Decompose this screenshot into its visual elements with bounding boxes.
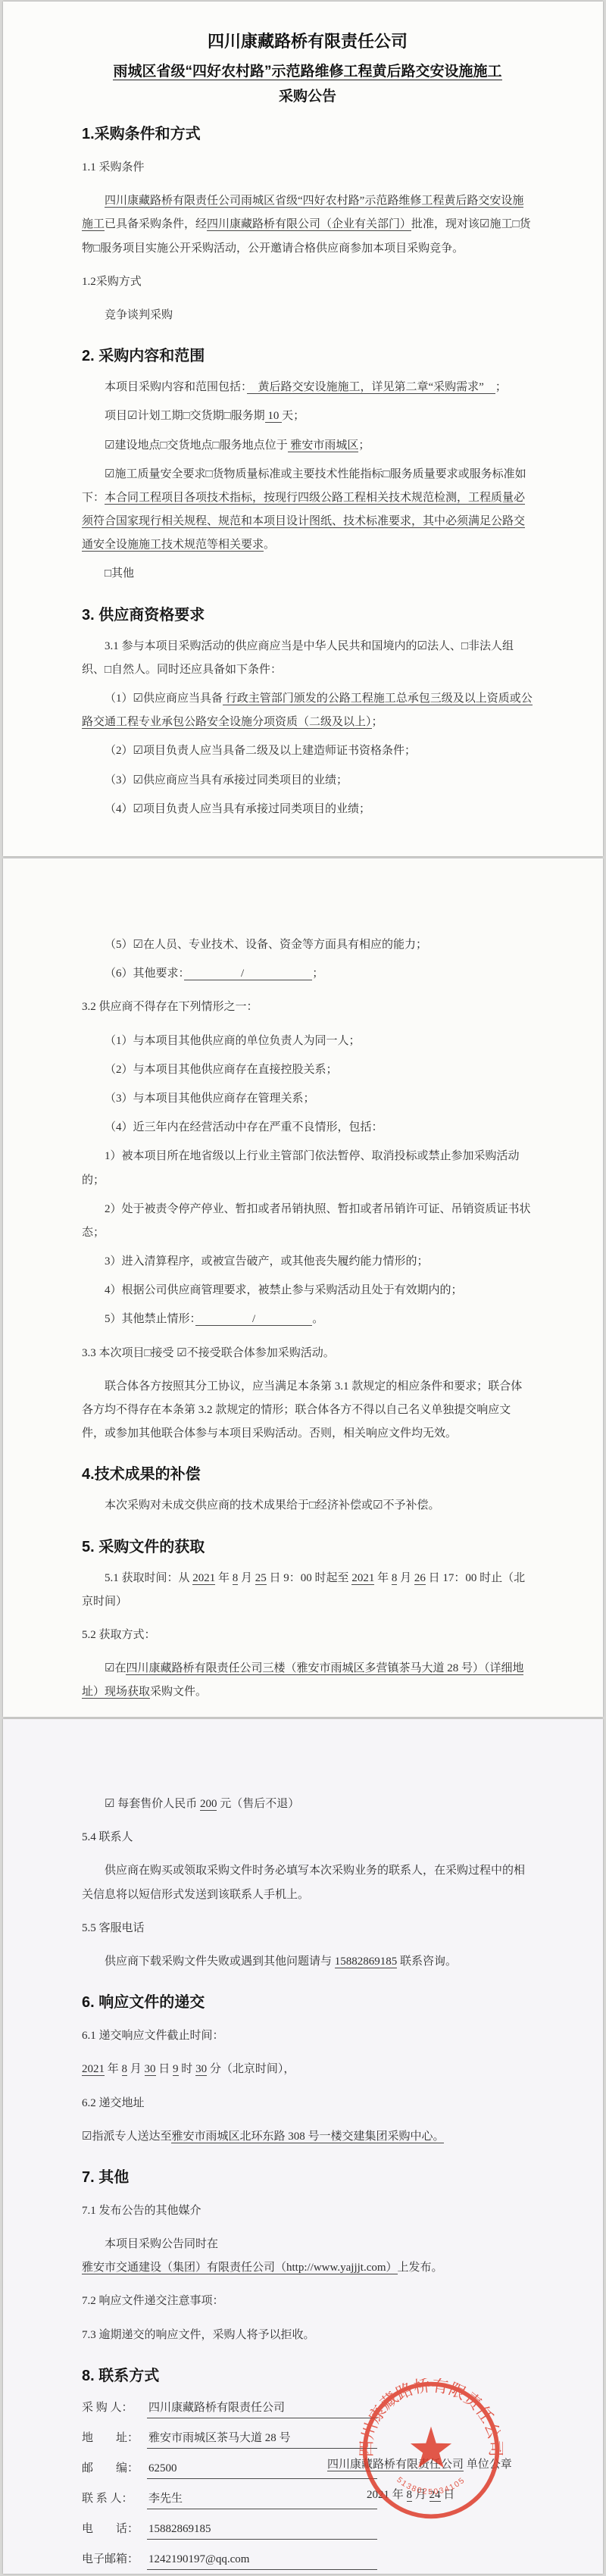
subheading-5-5: 5.5 客服电话	[82, 1917, 533, 1940]
para-qualification-6: （6）其他要求： / ；	[82, 962, 533, 986]
para-circumstance-4-5: 5）其他禁止情形： / 。	[82, 1308, 533, 1331]
heading-4-compensation: 4.技术成果的补偿	[82, 1462, 533, 1487]
para-5-1-acquisition-time: 5.1 获取时间：从 2021 年 8 月 25 日 9：00 时起至 2021…	[82, 1567, 533, 1614]
para-scope: 本项目采购内容和范围包括： 黄后路交安设施施工，详见第二章“采购需求” ；	[82, 376, 533, 399]
para-qualification-3: （3）☑供应商应当具有承接过同类项目的业绩；	[82, 769, 533, 792]
signature-line: 四川康藏路桥有限责任公司 单位公章	[327, 2456, 512, 2471]
signature-company: 四川康藏路桥有限责任公司	[327, 2459, 464, 2471]
contact-row-address: 地 址：雅安市雨城区茶马大道 28 号	[82, 2429, 533, 2449]
subheading-6-1: 6.1 递交响应文件截止时间：	[82, 2024, 533, 2048]
para-procurement-method: 竞争谈判采购	[82, 304, 533, 327]
subheading-5-3: 5.3 交纳采购文件工本费	[82, 1715, 533, 1718]
para-3-3-consortium: 3.3 本次项目□接受 ☑不接受联合体参加采购活动。	[82, 1342, 533, 1365]
para-7-2-notes: 7.2 响应文件递交注意事项：	[82, 2290, 533, 2313]
para-5-2-acquisition-method: ☑在四川康藏路桥有限责任公司三楼（雅安市雨城区多营镇茶马大道 28 号）（详细地…	[82, 1657, 533, 1704]
para-circumstance-4: （4）近三年内在经营活动中存在严重不良情形，包括：	[82, 1116, 533, 1140]
heading-2-scope: 2. 采购内容和范围	[82, 344, 533, 368]
contact-label: 电子邮箱：	[82, 2550, 147, 2568]
para-circumstance-4-3: 3）进入清算程序，或被宣告破产，或其他丧失履约能力情形的；	[82, 1250, 533, 1274]
heading-8-contact-info: 8. 联系方式	[82, 2364, 533, 2388]
contact-label: 电 话：	[82, 2520, 147, 2538]
company-title: 四川康藏路桥有限责任公司	[82, 29, 533, 52]
heading-7-other: 7. 其他	[82, 2165, 533, 2190]
subheading-5-2: 5.2 获取方式：	[82, 1624, 533, 1647]
heading-3-supplier-qualifications: 3. 供应商资格要求	[82, 603, 533, 627]
heading-6-submission: 6. 响应文件的递交	[82, 1990, 533, 2015]
doc-type-title: 采购公告	[82, 85, 533, 105]
para-circumstance-2: （2）与本项目其他供应商存在直接控股关系；	[82, 1058, 533, 1082]
para-submission-address: ☑指派专人送达至雅安市雨城区北环东路 308 号一楼交建集团采购中心。	[82, 2125, 533, 2149]
contact-value: 四川康藏路桥有限责任公司	[147, 2399, 377, 2418]
para-3-1: 3.1 参与本项目采购活动的供应商应当是中华人民共和国境内的☑法人、□非法人组织…	[82, 635, 533, 682]
signature-suffix: 单位公章	[464, 2459, 512, 2471]
subheading-1-2: 1.2采购方式	[82, 270, 533, 294]
para-circumstance-4-4: 4）根据公司供应商管理要求，被禁止参与采购活动且处于有效期内的；	[82, 1279, 533, 1302]
para-qualification-1: （1）☑供应商应当具备 行政主管部门颁发的公路工程施工总承包三级及以上资质或公路…	[82, 687, 533, 734]
para-document-price: ☑ 每套售价人民币 200 元（售后不退）	[82, 1793, 533, 1816]
para-circumstance-4-2: 2）处于被责令停产停业、暂扣或者吊销执照、暂扣或者吊销许可证、吊销资质证书状态；	[82, 1198, 533, 1245]
announcement-date: 2021 年 8 月 24 日	[367, 2486, 454, 2502]
para-circumstance-1: （1）与本项目其他供应商的单位负责人为同一人；	[82, 1030, 533, 1053]
para-quality-requirements: ☑施工质量安全要求□货物质量标准或主要技术性能指标□服务质量要求或服务标准如下：…	[82, 463, 533, 558]
subheading-7-1: 7.1 发布公告的其他媒介	[82, 2199, 533, 2223]
contact-label: 地 址：	[82, 2429, 147, 2447]
page-3: ☑ 每套售价人民币 200 元（售后不退） 5.4 联系人 供应商在购买或领取采…	[3, 1719, 603, 2574]
para-duration: 项目☑计划工期□交货期□服务期 10 天；	[82, 405, 533, 428]
contact-value: 1242190197@qq.com	[147, 2550, 377, 2570]
contact-row-purchaser: 采 购 人：四川康藏路桥有限责任公司	[82, 2399, 533, 2418]
subheading-1-1: 1.1 采购条件	[82, 156, 533, 180]
subheading-5-4: 5.4 联系人	[82, 1826, 533, 1849]
para-7-3-late-rejection: 7.3 逾期递交的响应文件，采购人将予以拒收。	[82, 2324, 533, 2347]
contact-value: 李先生	[147, 2490, 377, 2509]
heading-5-document-acquisition: 5. 采购文件的获取	[82, 1535, 533, 1559]
para-circumstance-4-1: 1）被本项目所在地省级以上行业主管部门依法暂停、取消投标或禁止参加采购活动的；	[82, 1145, 533, 1192]
page-2: （5）☑在人员、专业技术、设备、资金等方面具有相应的能力； （6）其他要求： /…	[3, 858, 603, 1717]
para-5-5-service-phone: 供应商下载采购文件失败或遇到其他问题请与 15882869185 联系咨询。	[82, 1950, 533, 1974]
contact-row-email: 电子邮箱：1242190197@qq.com	[82, 2550, 533, 2570]
heading-1-procurement-conditions: 1.采购条件和方式	[82, 122, 533, 146]
para-5-4-contact-person: 供应商在购买或领取采购文件时务必填写本次采购业务的联系人，在采购过程中的相关信息…	[82, 1859, 533, 1906]
para-consortium-rules: 联合体各方按照其分工协议，应当满足本条第 3.1 款规定的相应条件和要求；联合体…	[82, 1375, 533, 1446]
contact-value: 15882869185	[147, 2520, 377, 2540]
para-procurement-conditions: 四川康藏路桥有限责任公司雨城区省级“四好农村路”示范路维修工程黄后路交安设施施工…	[82, 189, 533, 261]
subheading-3-2: 3.2 供应商不得存在下列情形之一：	[82, 996, 533, 1019]
contact-label: 邮 编：	[82, 2459, 147, 2478]
para-other-media: 本项目采购公告同时在雅安市交通建设（集团）有限责任公司（http://www.y…	[82, 2233, 533, 2280]
contact-label: 联 系 人：	[82, 2490, 147, 2508]
para-qualification-2: （2）☑项目负责人应当具备二级及以上建造师证书资格条件；	[82, 739, 533, 763]
project-title: 雨城区省级“四好农村路”示范路维修工程黄后路交安设施施工	[82, 60, 533, 80]
contact-value: 雅安市雨城区茶马大道 28 号	[147, 2429, 377, 2449]
subheading-6-2: 6.2 递交地址	[82, 2092, 533, 2115]
page-1: 四川康藏路桥有限责任公司 雨城区省级“四好农村路”示范路维修工程黄后路交安设施施…	[3, 2, 603, 856]
para-submission-deadline: 2021 年 8 月 30 日 9 时 30 分（北京时间），	[82, 2058, 533, 2081]
contact-label: 采 购 人：	[82, 2399, 147, 2417]
para-location: ☑建设地点□交货地点□服务地点位于 雅安市雨城区；	[82, 434, 533, 458]
contact-row-phone: 电 话：15882869185	[82, 2520, 533, 2540]
para-qualification-5: （5）☑在人员、专业技术、设备、资金等方面具有相应的能力；	[82, 933, 533, 957]
para-circumstance-3: （3）与本项目其他供应商存在管理关系；	[82, 1087, 533, 1111]
para-compensation: 本次采购对未成交供应商的技术成果给于□经济补偿或☑不予补偿。	[82, 1494, 533, 1518]
para-qualification-4: （4）☑项目负责人应当具有承接过同类项目的业绩；	[82, 798, 533, 821]
contact-row-person: 联 系 人：李先生	[82, 2490, 533, 2509]
para-other-checkbox: □其他	[82, 562, 533, 586]
